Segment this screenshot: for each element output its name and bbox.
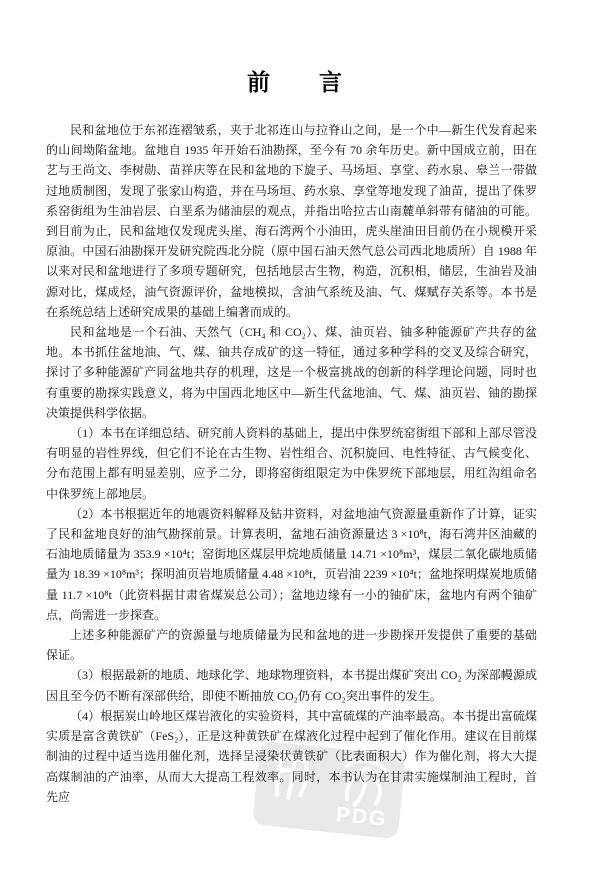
paragraph: （4）根据炭山岭地区煤岩液化的实验资料，其中富硫煤的产油率最高。本书提出富硫煤实… [46,706,537,807]
preface-body: 民和盆地位于东祁连褶皱系，夹于北祁连山与拉脊山之间，是一个中—新生代发育起来的山… [46,120,537,807]
paragraph: 民和盆地是一个石油、天然气（CH₄ 和 CO₂）、煤、油页岩、铀多种能源矿产共存… [46,322,537,423]
paragraph: 上述多种能源矿产的资源量与地质储量为民和盆地的进一步勘探开发提供了重要的基础保证… [46,625,537,665]
paragraph: （2）本书根据近年的地震资料解释及钻井资料，对盆地油气资源量重新作了计算，证实了… [46,504,537,625]
paragraph: 民和盆地位于东祁连褶皱系，夹于北祁连山与拉脊山之间，是一个中—新生代发育起来的山… [46,120,537,322]
pdg-watermark-text: PDG [335,803,389,832]
paragraph: （1）本书在详细总结、研究前人资料的基础上，提出中侏罗统窑街组下部和上部尽管没有… [46,423,537,504]
page-title: 前 言 [0,64,590,97]
book-page: 前 言 民和盆地位于东祁连褶皱系，夹于北祁连山与拉脊山之间，是一个中—新生代发育… [0,0,590,880]
paragraph: （3）根据最新的地质、地球化学、地球物理资料，本书提出煤矿突出 CO₂ 为深部幔… [46,665,537,705]
